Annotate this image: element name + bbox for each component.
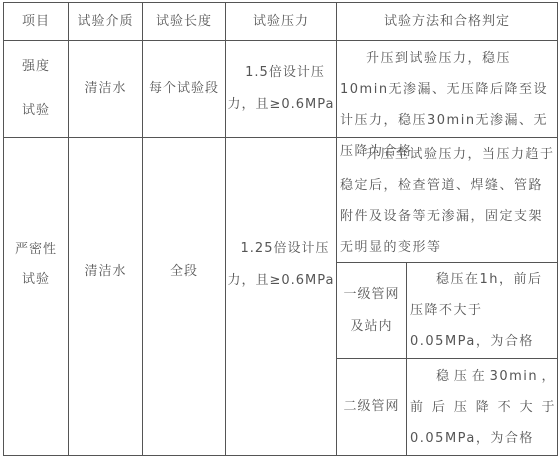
label-line2: 及站内 (350, 311, 392, 343)
pressure-line1: 1.5倍设计压 (237, 57, 325, 89)
item-line2: 试验 (22, 265, 50, 295)
border-subcol (406, 262, 407, 456)
item-line1: 严密性 (15, 235, 57, 265)
strength-test-medium: 清洁水 (69, 41, 142, 137)
header-pressure: 试验压力 (226, 3, 336, 40)
sub-row-secondary-network-label: 二级管网 (337, 359, 406, 455)
header-method: 试验方法和合格判定 (337, 3, 557, 40)
pressure-line2: 力，且≥0.6MPa (227, 89, 334, 121)
pressure-line1: 1.25倍设计压 (233, 233, 330, 265)
tightness-test-method: 升压至试验压力，当压力趋于稳定后，检查管道、焊缝、管路附件及设备等无渗漏，固定支… (340, 139, 556, 263)
border-bottom (3, 455, 558, 456)
item-line1: 强度 (22, 45, 50, 89)
header-medium: 试验介质 (69, 3, 142, 40)
strength-test-length: 每个试验段 (143, 41, 225, 137)
tightness-test-length: 全段 (143, 257, 225, 287)
pressure-test-table: 项目 试验介质 试验长度 试验压力 试验方法和合格判定 强度 试验 清洁水 每个… (0, 0, 560, 458)
border-right (557, 2, 558, 456)
tightness-test-item: 严密性 试验 (4, 230, 68, 300)
tightness-test-medium: 清洁水 (69, 257, 142, 287)
header-length: 试验长度 (143, 3, 225, 40)
item-line2: 试验 (22, 89, 50, 133)
sub-row-secondary-network-criteria: 稳压在30min，前后压降不大于0.05MPa，为合格 (410, 361, 556, 454)
sub-row-primary-network-label: 一级管网 及站内 (337, 263, 406, 358)
tightness-test-pressure: 1.25倍设计压 力，且≥0.6MPa (226, 232, 336, 298)
strength-test-pressure: 1.5倍设计压 力，且≥0.6MPa (226, 41, 336, 137)
label-line1: 一级管网 (343, 279, 399, 311)
sub-row-primary-network-criteria: 稳压在1h，前后压降不大于0.05MPa，为合格 (410, 264, 556, 357)
header-item: 项目 (4, 3, 68, 40)
pressure-line2: 力，且≥0.6MPa (227, 265, 334, 297)
strength-test-item: 强度 试验 (4, 41, 68, 137)
